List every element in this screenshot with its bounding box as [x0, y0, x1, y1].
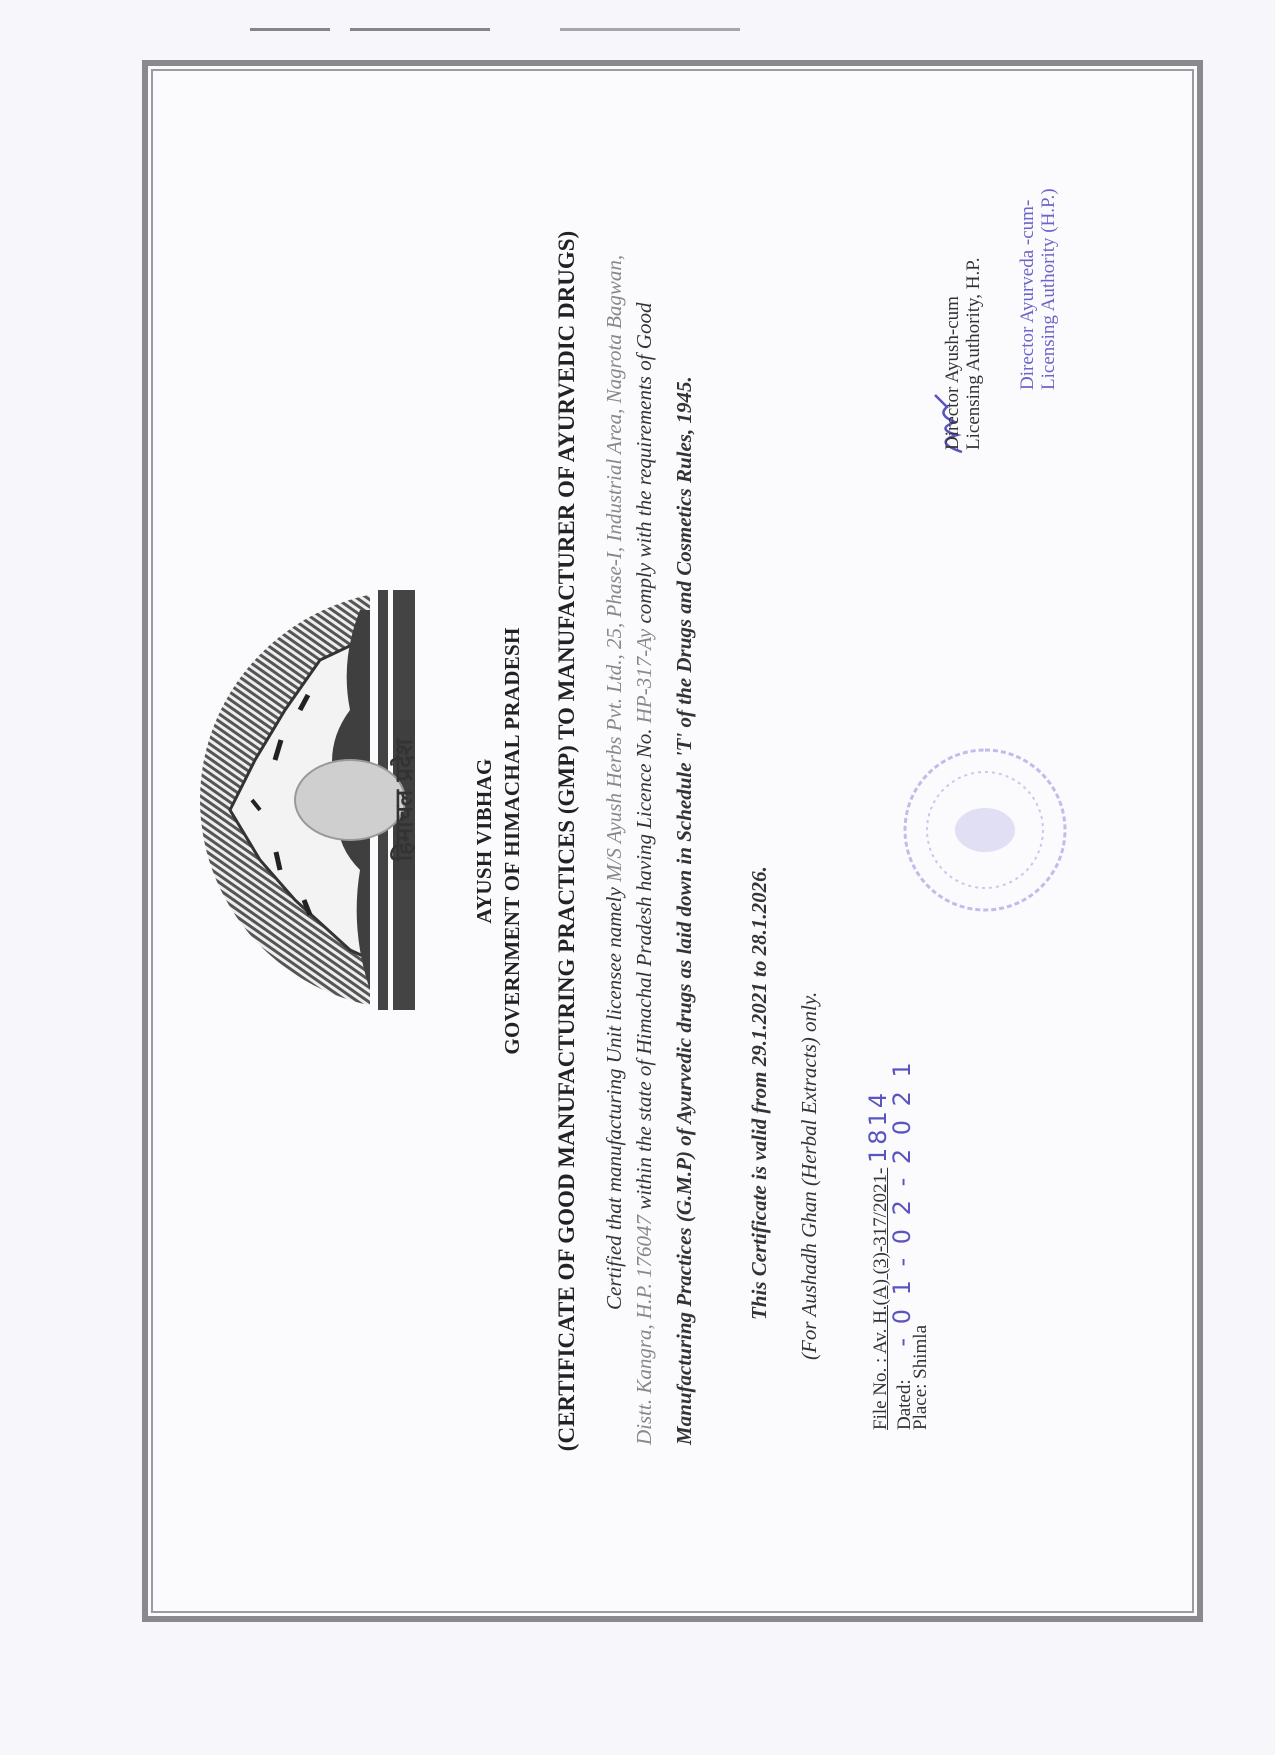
licensee-district: Distt. Kangra, H.P. 176047 — [632, 1215, 656, 1445]
signatory-authority: Licensing Authority, H.P. — [963, 258, 984, 450]
signatory-block: Director Ayush-cum Licensing Authority, … — [942, 258, 984, 450]
place-field: Place: Shimla — [910, 1325, 932, 1430]
department-name: AYUSH VIBHAG — [472, 60, 497, 1622]
body-line-1-text: Certified that manufacturing Unit licens… — [602, 882, 626, 1310]
body-line-1: Certified that manufacturing Unit licens… — [602, 255, 627, 1310]
himachal-emblem-icon: हिमाचल प्रदेश — [200, 590, 415, 1010]
official-seal-stamp-icon — [900, 745, 1070, 915]
svg-text:हिमाचल प्रदेश: हिमाचल प्रदेश — [390, 737, 415, 862]
scan-edge-mark — [250, 28, 330, 31]
signatory-title: Director Ayush-cum — [942, 258, 963, 450]
body-line-2-text: within the state of Himachal Pradesh hav… — [632, 723, 656, 1215]
licensee-name: M/S Ayush Herbs Pvt. Ltd., 25, Phase-I, … — [602, 255, 626, 882]
scan-edge-mark — [560, 28, 740, 31]
certificate-page: हिमाचल प्रदेश AYUSH VIBHAG GOVERNMENT OF… — [142, 60, 1203, 1622]
validity-statement: This Certificate is valid from 29.1.2021… — [747, 866, 772, 1320]
designation-stamp: Director Ayurveda -cum- Licensing Author… — [1017, 188, 1059, 390]
body-line-2-text-end: comply with the requirements of Good — [632, 303, 656, 629]
body-line-3: Manufacturing Practices (G.M.P) of Ayurv… — [672, 376, 697, 1445]
designation-stamp-line-2: Licensing Authority (H.P.) — [1038, 188, 1059, 390]
scan-edge-mark — [350, 28, 490, 31]
certificate-title: (CERTIFICATE OF GOOD MANUFACTURING PRACT… — [554, 60, 580, 1622]
scope-statement: (For Aushadh Ghan (Herbal Extracts) only… — [797, 992, 822, 1360]
dated-handwritten: - 0 1 - 0 2 - 2 0 2 1 — [888, 1059, 916, 1346]
licence-number: HP-317-Ay — [632, 629, 656, 723]
body-line-2: Distt. Kangra, H.P. 176047 within the st… — [632, 303, 657, 1445]
designation-stamp-line-1: Director Ayurveda -cum- — [1017, 188, 1038, 390]
government-name: GOVERNMENT OF HIMACHAL PRADESH — [500, 60, 525, 1622]
